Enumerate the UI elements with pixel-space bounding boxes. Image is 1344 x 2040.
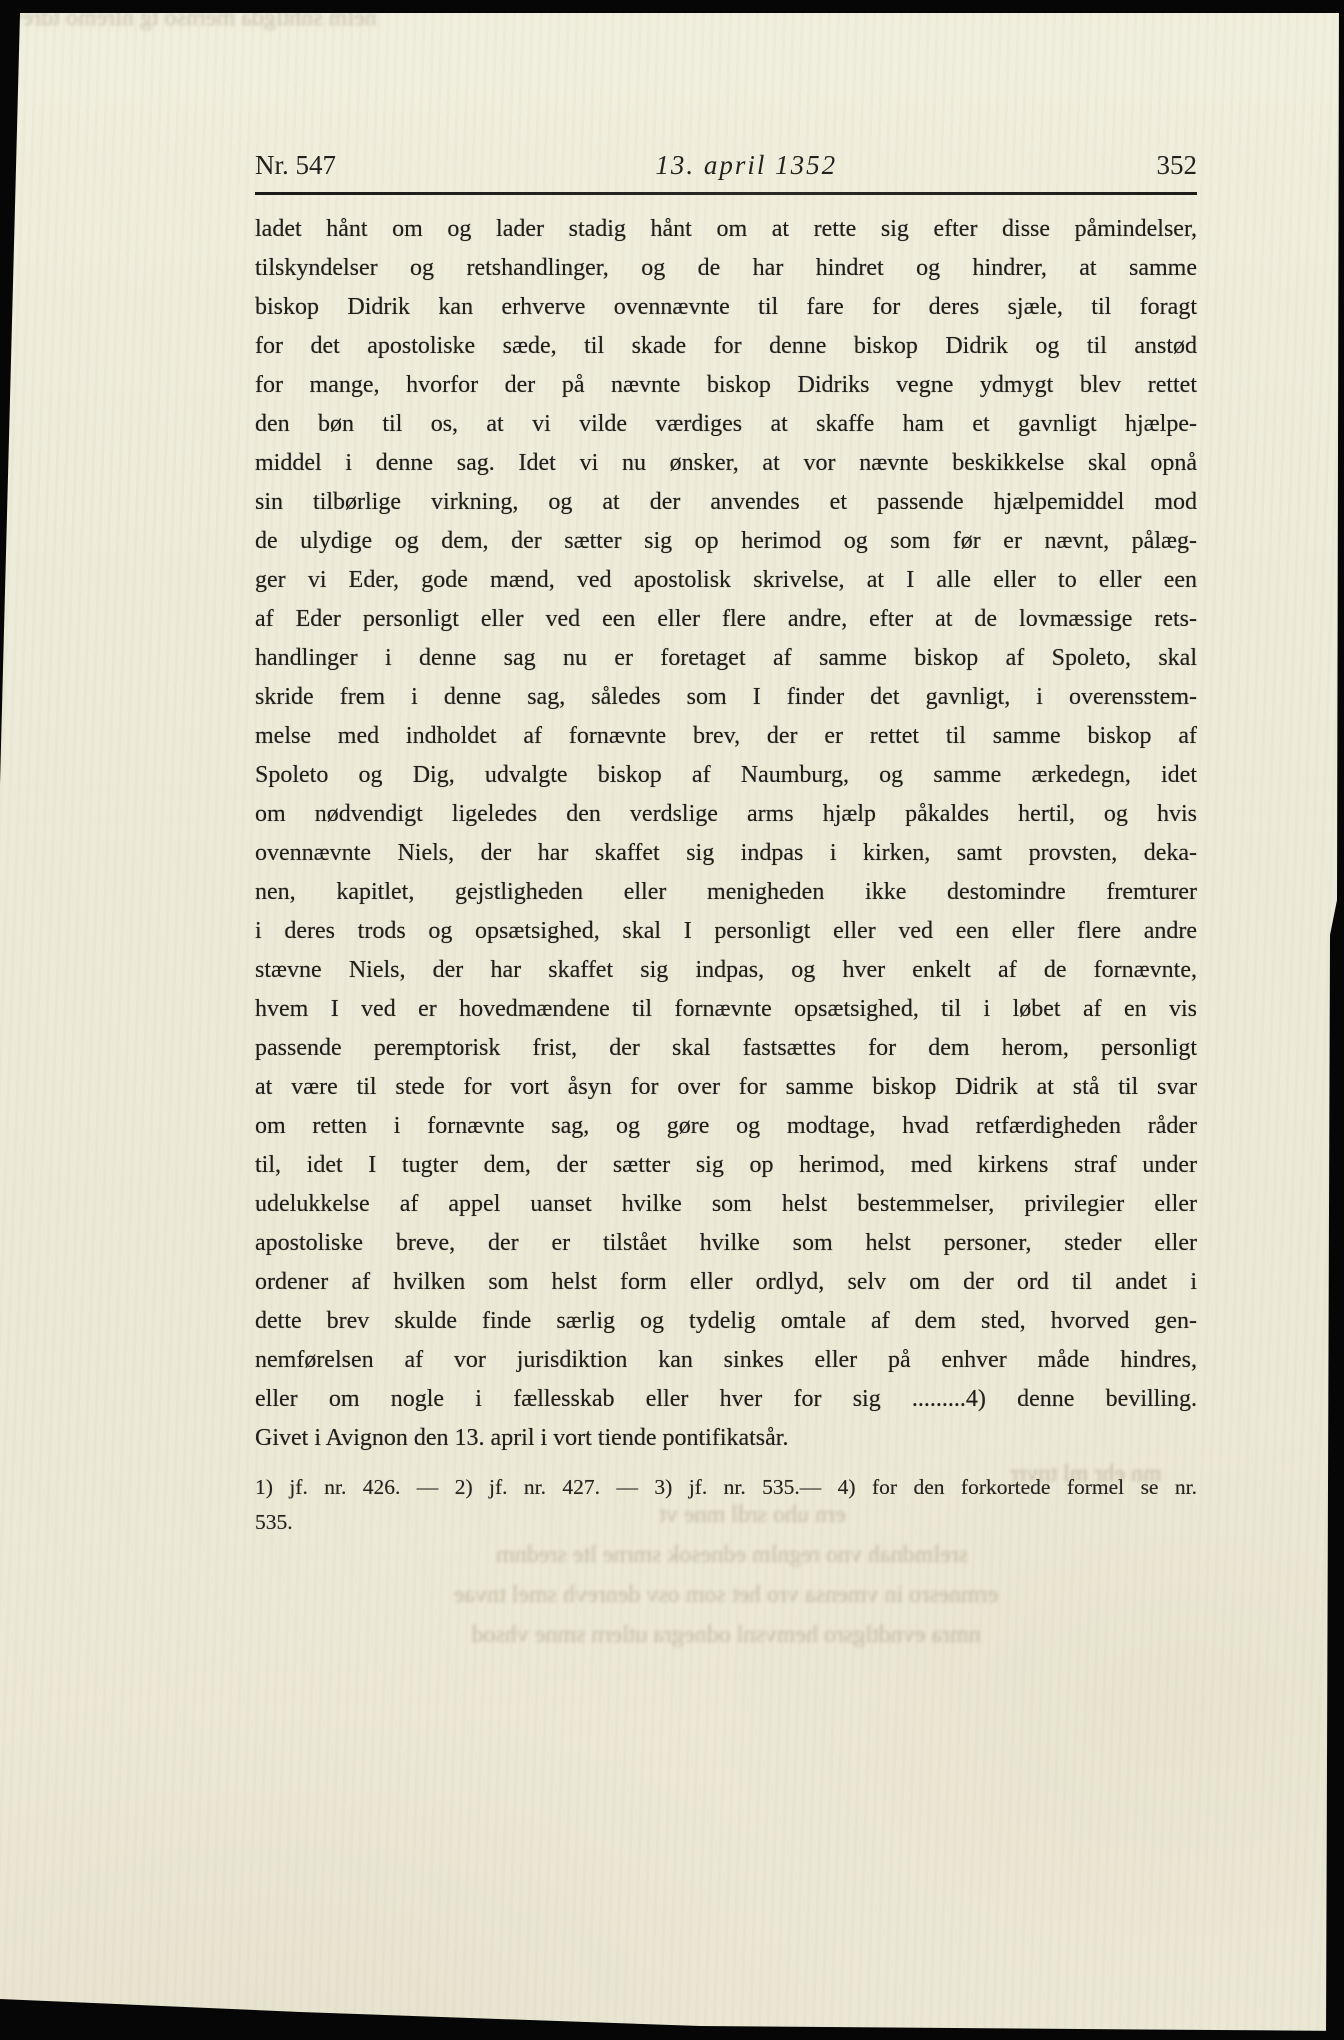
- body-line: hvem I ved er hovedmændene til fornævnte…: [255, 990, 1197, 1029]
- body-line: tilskyndelser og retshandlinger, og de h…: [255, 249, 1197, 288]
- body-line: om nødvendigt ligeledes den verdslige ar…: [255, 795, 1197, 834]
- body-line: Givet i Avignon den 13. april i vort tie…: [255, 1419, 1197, 1458]
- body-line: handlinger i denne sag nu er foretaget a…: [255, 639, 1197, 678]
- body-line: ladet hånt om og lader stadig hånt om at…: [255, 210, 1197, 249]
- body-line: til, idet I tugter dem, der sætter sig o…: [255, 1146, 1197, 1185]
- body-line: ovennævnte Niels, der har skaffet sig in…: [255, 834, 1197, 873]
- header-rule: [255, 192, 1197, 195]
- footnote-line: 535.: [255, 1505, 1197, 1540]
- scan-edge-top: [0, 0, 1344, 13]
- body-line: middel i denne sag. Idet vi nu ønsker, a…: [255, 444, 1197, 483]
- body-line: skride frem i denne sag, således som I f…: [255, 678, 1197, 717]
- footnote-line: 1) jf. nr. 426. — 2) jf. nr. 427. — 3) j…: [255, 1470, 1197, 1505]
- page-number: 352: [1156, 150, 1197, 181]
- body-line: nemførelsen af vor jurisdiktion kan sink…: [255, 1341, 1197, 1380]
- scanned-document-page: mn ehr ml tnvrrern uho srdl mne vtsrelmd…: [0, 0, 1344, 2040]
- bleed-through-line: srelmdnah vno regnlm ednesok smrne lte s…: [262, 1537, 1202, 1573]
- body-line: eller om nogle i fællesskab eller hver f…: [255, 1380, 1197, 1419]
- body-line: at være til stede for vort åsyn for over…: [255, 1068, 1197, 1107]
- body-line: om retten i fornævnte sag, og gøre og mo…: [255, 1107, 1197, 1146]
- body-line: nen, kapitlet, gejstligheden eller menig…: [255, 873, 1197, 912]
- body-line: de ulydige og dem, der sætter sig op her…: [255, 522, 1197, 561]
- body-line: den bøn til os, at vi vilde værdiges at …: [255, 405, 1197, 444]
- bleed-through-line: nmra evndtlgsro hemvsnl odnegra utlern s…: [300, 1617, 1152, 1653]
- body-line: af Eder personligt eller ved een eller f…: [255, 600, 1197, 639]
- body-line: ordener af hvilken som helst form eller …: [255, 1263, 1197, 1302]
- body-line: sin tilbørlige virkning, og at der anven…: [255, 483, 1197, 522]
- body-line: biskop Didrik kan erhverve ovennævnte ti…: [255, 288, 1197, 327]
- date-heading: 13. april 1352: [655, 150, 837, 181]
- body-line: ger vi Eder, gode mænd, ved apostolisk s…: [255, 561, 1197, 600]
- body-line: dette brev skulde finde særlig og tydeli…: [255, 1302, 1197, 1341]
- body-line: stævne Niels, der har skaffet sig indpas…: [255, 951, 1197, 990]
- body-line: for mange, hvorfor der på nævnte biskop …: [255, 366, 1197, 405]
- footnotes: 1) jf. nr. 426. — 2) jf. nr. 427. — 3) j…: [255, 1470, 1197, 1540]
- document-number: Nr. 547: [255, 150, 336, 181]
- body-line: udelukkelse af appel uanset hvilke som h…: [255, 1185, 1197, 1224]
- body-line: for det apostoliske sæde, til skade for …: [255, 327, 1197, 366]
- body-line: passende peremptorisk frist, der skal fa…: [255, 1029, 1197, 1068]
- bleed-through-line: ermnesro in vmensa vro het som osv denre…: [262, 1577, 1190, 1613]
- document-body: ladet hånt om og lader stadig hånt om at…: [255, 210, 1197, 1458]
- body-line: apostoliske breve, der er tilstået hvilk…: [255, 1224, 1197, 1263]
- body-line: Spoleto og Dig, udvalgte biskop af Naumb…: [255, 756, 1197, 795]
- body-line: melse med indholdet af fornævnte brev, d…: [255, 717, 1197, 756]
- body-line: i deres trods og opsætsighed, skal I per…: [255, 912, 1197, 951]
- page-header: Nr. 547 13. april 1352 352: [255, 150, 1197, 181]
